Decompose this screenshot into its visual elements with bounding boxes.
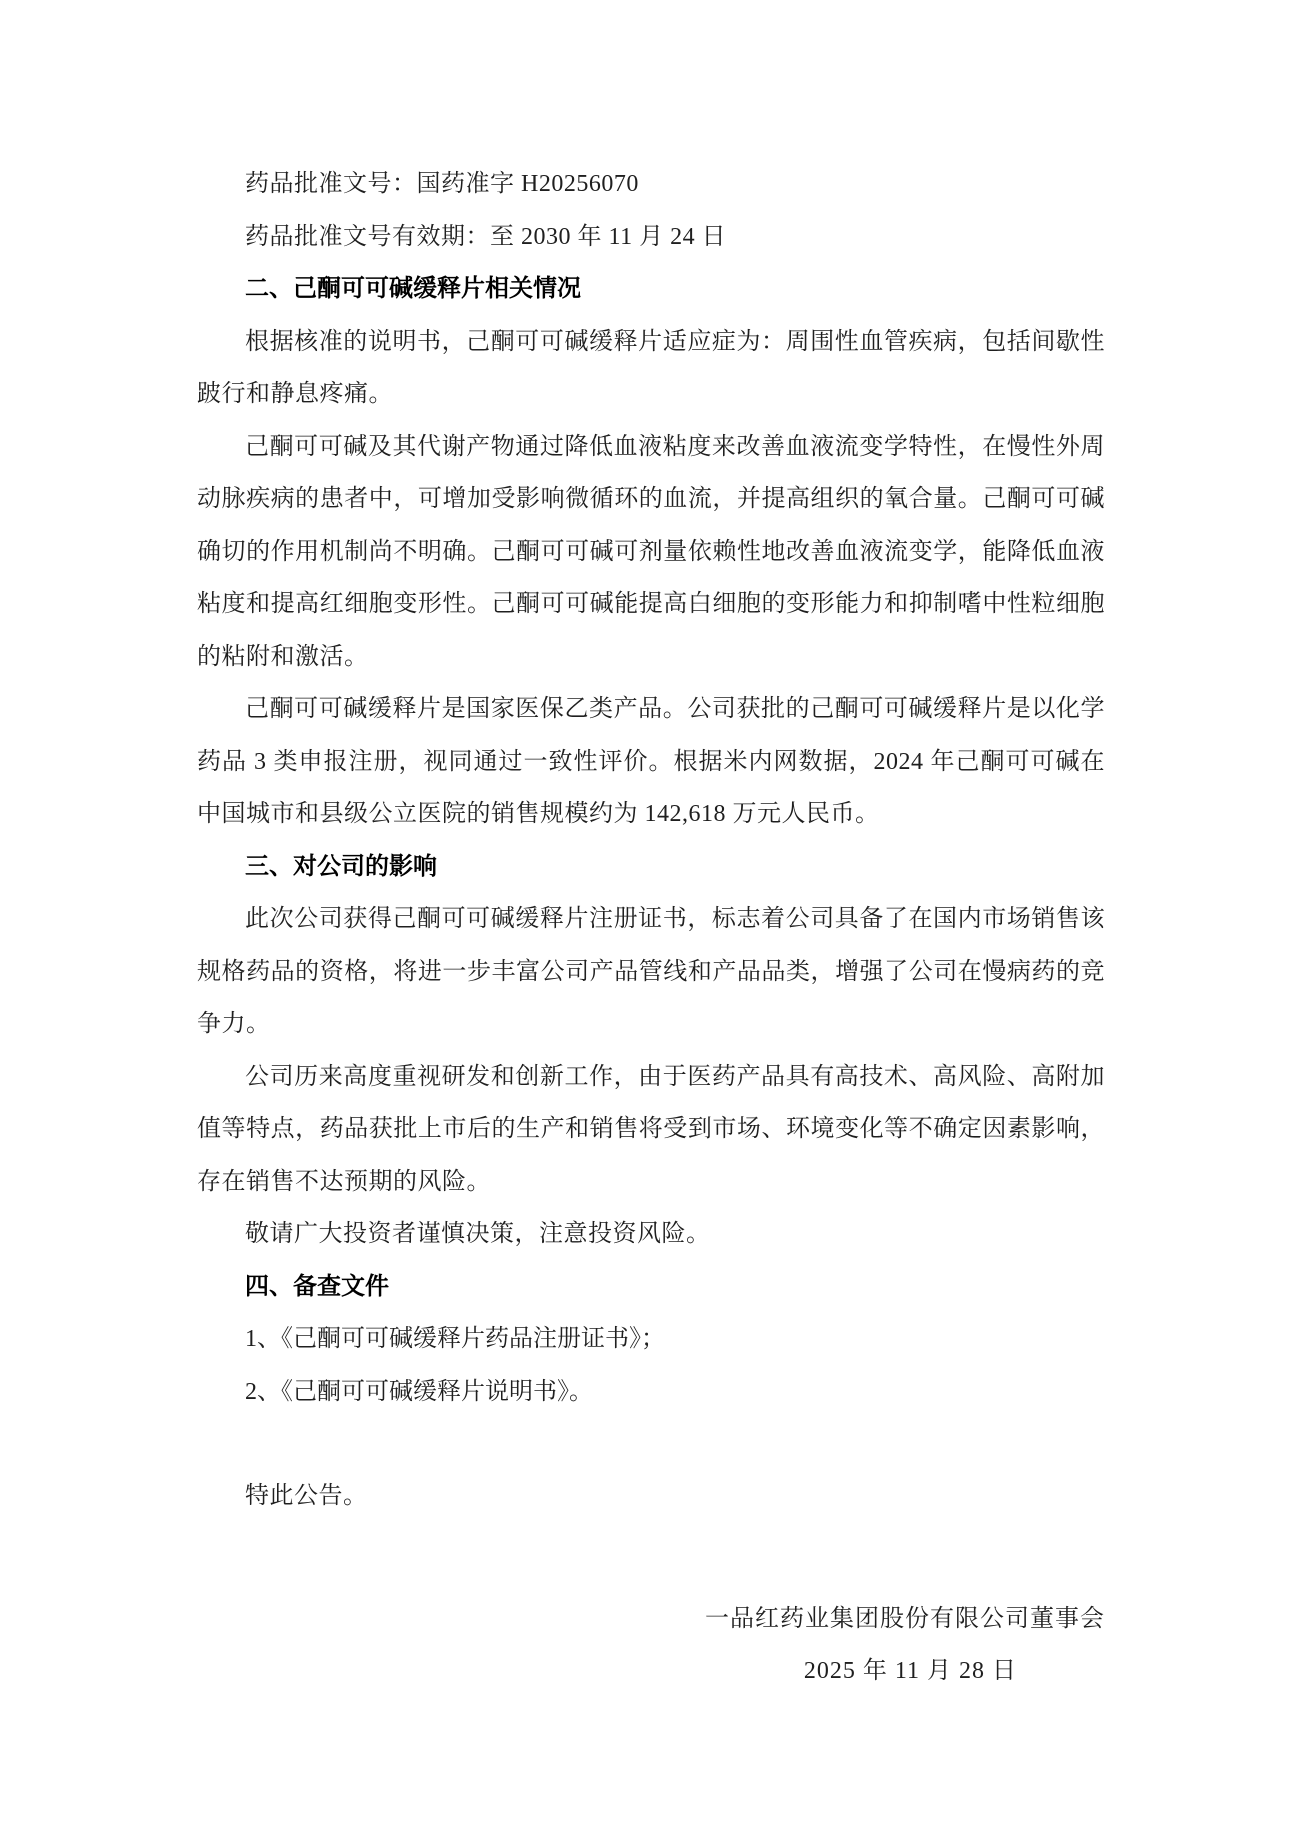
drug-approval-validity-line: 药品批准文号有效期：至 2030 年 11 月 24 日 <box>197 211 1105 264</box>
paragraph-indications: 根据核准的说明书，己酮可可碱缓释片适应症为：周围性血管疾病，包括间歇性跛行和静息… <box>197 316 1105 421</box>
paragraph-impact: 此次公司获得己酮可可碱缓释片注册证书，标志着公司具备了在国内市场销售该规格药品的… <box>197 893 1105 1051</box>
paragraph-risk: 公司历来高度重视研发和创新工作，由于医药产品具有高技术、高风险、高附加值等特点，… <box>197 1051 1105 1209</box>
reference-document-item-2: 2、《己酮可可碱缓释片说明书》。 <box>197 1366 1105 1419</box>
announcement-page: 药品批准文号：国药准字 H20256070 药品批准文号有效期：至 2030 年… <box>0 0 1299 1838</box>
section-heading-company-impact: 三、对公司的影响 <box>197 841 1105 894</box>
paragraph-mechanism: 己酮可可碱及其代谢产物通过降低血液粘度来改善血液流变学特性，在慢性外周动脉疾病的… <box>197 421 1105 684</box>
drug-approval-number-line: 药品批准文号：国药准字 H20256070 <box>197 158 1105 211</box>
paragraph-investor-notice: 敬请广大投资者谨慎决策，注意投资风险。 <box>197 1208 1105 1261</box>
signature-block: 一品红药业集团股份有限公司董事会 2025 年 11 月 28 日 <box>197 1593 1105 1698</box>
reference-document-item-1: 1、《己酮可可碱缓释片药品注册证书》； <box>197 1313 1105 1366</box>
signature-company-name: 一品红药业集团股份有限公司董事会 <box>197 1593 1105 1646</box>
section-heading-reference-documents: 四、备查文件 <box>197 1261 1105 1314</box>
paragraph-market-data: 己酮可可碱缓释片是国家医保乙类产品。公司获批的己酮可可碱缓释片是以化学药品 3 … <box>197 683 1105 841</box>
closing-statement: 特此公告。 <box>197 1470 1105 1523</box>
signature-date: 2025 年 11 月 28 日 <box>197 1645 1105 1698</box>
section-heading-drug-details: 二、己酮可可碱缓释片相关情况 <box>197 263 1105 316</box>
